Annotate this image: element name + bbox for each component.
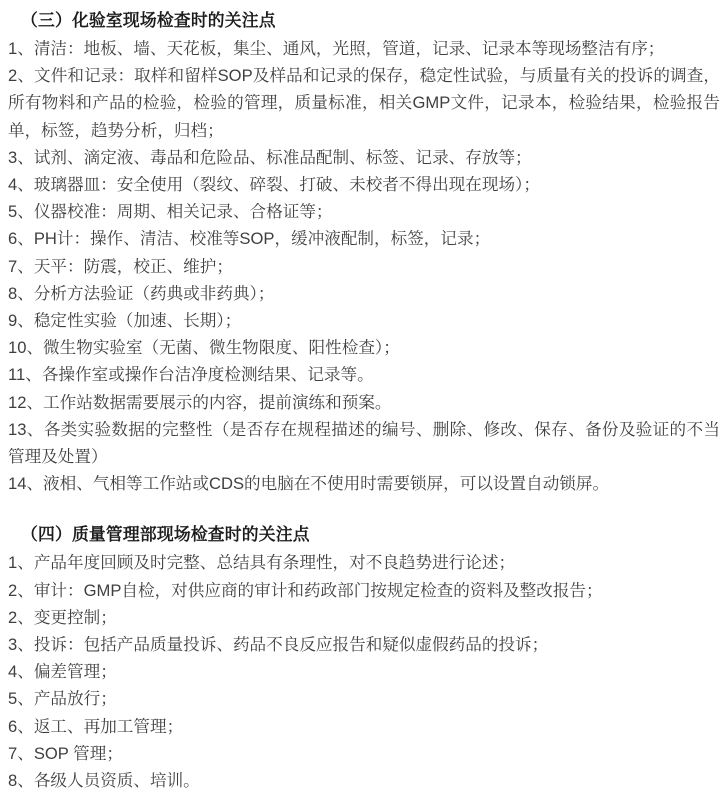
list-item: 9、稳定性实验（加速、长期）； [8, 307, 720, 334]
section-heading-quality-management: （四）质量管理部现场检查时的关注点 [8, 522, 720, 547]
list-item: 4、偏差管理； [8, 658, 720, 685]
document-page: （三）化验室现场检查时的关注点 1、清洁：地板、墙、天花板，集尘、通风，光照，管… [0, 0, 728, 792]
list-item: 13、各类实验数据的完整性（是否存在规程描述的编号、删除、修改、保存、备份及验证… [8, 416, 720, 470]
list-item: 6、返工、再加工管理； [8, 713, 720, 740]
list-item: 7、天平：防震，校正、维护； [8, 253, 720, 280]
list-item: 10、微生物实验室（无菌、微生物限度、阳性检查）； [8, 334, 720, 361]
list-item: 12、工作站数据需要展示的内容，提前演练和预案。 [8, 389, 720, 416]
list-item: 5、仪器校准：周期、相关记录、合格证等； [8, 198, 720, 225]
list-item: 7、SOP 管理； [8, 740, 720, 767]
list-item: 2、审计：GMP自检，对供应商的审计和药政部门按规定检查的资料及整改报告； [8, 577, 720, 604]
list-item: 3、试剂、滴定液、毒品和危险品、标准品配制、标签、记录、存放等； [8, 144, 720, 171]
list-item: 3、投诉：包括产品质量投诉、药品不良反应报告和疑似虚假药品的投诉； [8, 631, 720, 658]
list-item: 14、液相、气相等工作站或CDS的电脑在不使用时需要锁屏，可以设置自动锁屏。 [8, 470, 720, 497]
list-item: 6、PH计：操作、清洁、校准等SOP，缓冲液配制，标签，记录； [8, 225, 720, 252]
list-item: 2、变更控制； [8, 604, 720, 631]
list-item: 8、分析方法验证（药典或非药典）； [8, 280, 720, 307]
list-item: 1、产品年度回顾及时完整、总结具有条理性，对不良趋势进行论述； [8, 549, 720, 576]
list-item: 4、玻璃器皿：安全使用（裂纹、碎裂、打破、未校者不得出现在现场）； [8, 171, 720, 198]
section-heading-lab-inspection: （三）化验室现场检查时的关注点 [8, 8, 720, 33]
list-item: 2、文件和记录：取样和留样SOP及样品和记录的保存，稳定性试验，与质量有关的投诉… [8, 62, 720, 144]
list-item: 1、清洁：地板、墙、天花板，集尘、通风，光照，管道，记录、记录本等现场整洁有序； [8, 35, 720, 62]
list-item: 5、产品放行； [8, 685, 720, 712]
list-item: 11、各操作室或操作台洁净度检测结果、记录等。 [8, 361, 720, 388]
list-item: 8、各级人员资质、培训。 [8, 767, 720, 792]
